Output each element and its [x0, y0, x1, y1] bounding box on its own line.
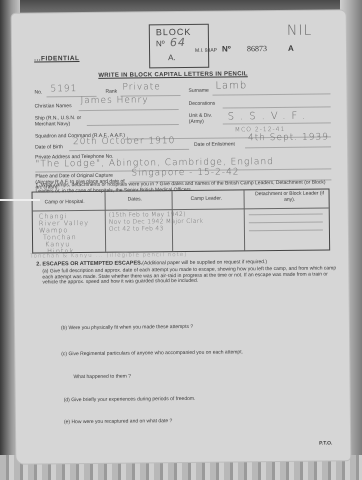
col-header-camp: Camp or Hospital. — [45, 199, 85, 205]
question-2a: (a) Give full description and approx. da… — [42, 266, 337, 286]
instruction-heading: WRITE IN BLOCK CAPITAL LETTERS IN PENCIL — [98, 71, 248, 79]
serial-prefix: Nº — [222, 44, 231, 53]
christian-names-label: Christian Names — [35, 103, 72, 109]
decorations-label: Decorations — [189, 101, 216, 107]
enlistment-value: 4th Sept. 1939 — [248, 132, 329, 143]
col-header-camp-leader: Camp Leader. — [191, 196, 222, 202]
serial-number: 86873 — [247, 44, 267, 53]
dob-label: Date of Birth — [35, 144, 63, 150]
block-stamp-number: 64 — [170, 36, 186, 49]
camps-table: Camp or Hospital. Dates. Camp Leader. De… — [32, 188, 331, 253]
unit-value: S.S.V.F. — [228, 111, 311, 123]
question-2c-followup: What happened to them ? — [73, 374, 131, 381]
unit-label: Unit & Div. (Army) — [189, 113, 219, 125]
surname-label: Surname — [188, 88, 208, 94]
binder-string — [0, 199, 40, 201]
question-2e: (e) How were you recaptured and on what … — [64, 418, 172, 425]
classification-label: ...FIDENTIAL — [34, 55, 79, 62]
form-code: M.I. 9/IAP — [195, 48, 217, 54]
liberation-questionnaire-form: ...FIDENTIAL BLOCK Nº 64 A. M.I. 9/IAP N… — [12, 10, 351, 463]
col-header-dates: Dates. — [128, 196, 143, 202]
dob-value: 20th October 1910 — [73, 136, 175, 147]
ship-label: Ship (R.N., U.S.N. or Merchant Navy) — [35, 115, 85, 128]
block-stamp-no: Nº — [156, 39, 165, 48]
nil-annotation: NIL — [287, 23, 313, 39]
christian-names-value: James Henry — [81, 95, 149, 106]
no-value: 5191 — [50, 84, 77, 94]
surname-value: Lamb — [215, 80, 247, 91]
block-stamp: BLOCK Nº 64 A. — [149, 24, 209, 69]
rank-value: Private — [122, 82, 160, 92]
question-2d: (d) Give briefly your experiences during… — [64, 396, 196, 403]
pto-label: P.T.O. — [319, 440, 332, 446]
rank-label: Rank — [105, 89, 117, 95]
no-label: No. — [34, 89, 42, 95]
table-row-3-dates: Oct 42 to Feb 43 — [109, 225, 164, 233]
enlistment-label: Date of Enlistment — [194, 141, 235, 147]
capture-value: Singapore - 15-2-42 — [131, 167, 239, 178]
block-stamp-letter: A. — [168, 53, 176, 62]
question-2c: (c) Give Regimental particulars of anyon… — [61, 349, 243, 357]
table-margin-note: Tonchan & Kanyu ... (illegible pencil no… — [30, 252, 187, 260]
question-2-heading: 2. ESCAPES OR ATTEMPTED ESCAPES. — [36, 260, 142, 267]
question-2b: (b) Were you physically fit when you mad… — [61, 324, 193, 331]
col-header-detachment: Detachment or Block Leader (if any). — [255, 191, 325, 203]
serial-suffix: A — [288, 44, 294, 53]
